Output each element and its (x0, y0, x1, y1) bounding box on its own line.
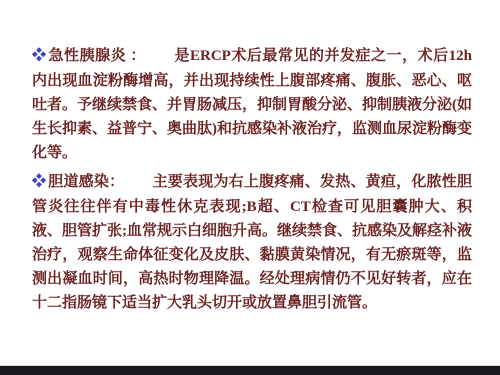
bullet-heading: 急性胰腺炎 ： (49, 48, 146, 64)
diamond-bullet-icon: ❖ (32, 175, 46, 190)
bullet-point-biliary-infection: ❖胆道感染：主要表现为右上腹疼痛、发热、黄疸，化脓性胆管炎往往伴有中毒性休克表现… (32, 170, 472, 315)
bullet-body-text: 主要表现为右上腹疼痛、发热、黄疸，化脓性胆管炎往往伴有中毒性休克表现;B超、CT… (32, 174, 472, 311)
bullet-point-pancreatitis: ❖急性胰腺炎 ：是ERCP术后最常见的并发症之一，术后12h内出现血淀粉酶增高，… (32, 44, 472, 165)
bullet-body-text: 是ERCP术后最常见的并发症之一，术后12h内出现血淀粉酶增高，并出现持续性上腹… (32, 48, 472, 161)
presentation-slide: ❖急性胰腺炎 ：是ERCP术后最常见的并发症之一，术后12h内出现血淀粉酶增高，… (0, 0, 500, 375)
bullet-heading: 胆道感染： (48, 174, 124, 190)
letterbox-bar (0, 366, 500, 375)
slide-text-block: ❖急性胰腺炎 ：是ERCP术后最常见的并发症之一，术后12h内出现血淀粉酶增高，… (32, 44, 472, 320)
diamond-bullet-icon: ❖ (32, 49, 47, 64)
